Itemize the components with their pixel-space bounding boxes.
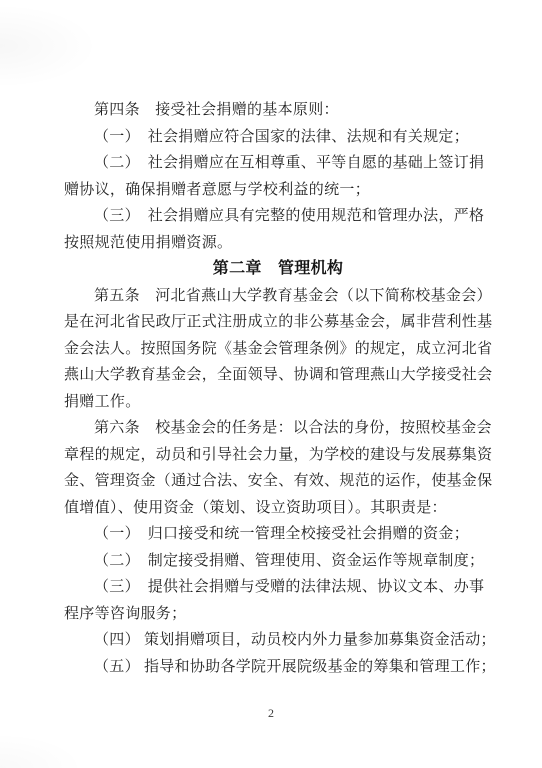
text-line: 赠协议，确保捐赠者意愿与学校利益的统一； <box>64 177 492 204</box>
text-line: （一） 社会捐赠应符合国家的法律、法规和有关规定； <box>64 124 492 151</box>
text-line: （一） 归口接受和统一管理全校接受社会捐赠的资金； <box>64 521 492 548</box>
text-line: （四） 策划捐赠项目，动员校内外力量参加募集资金活动； <box>64 627 492 654</box>
text-line: （三） 社会捐赠应具有完整的使用规范和管理办法，严格 <box>64 203 492 230</box>
text-line: （五） 指导和协助各学院开展院级基金的筹集和管理工作； <box>64 654 492 681</box>
text-line: 程序等咨询服务； <box>64 601 492 628</box>
text-line: 金会法人。按照国务院《基金会管理条例》的规定，成立河北省 <box>64 336 492 363</box>
page-number: 2 <box>0 706 542 721</box>
text-line: 值增值）、使用资金（策划、设立资助项目）。其职责是： <box>64 495 492 522</box>
text-line: 金、管理资金（通过合法、安全、有效、规范的运作，使基金保 <box>64 468 492 495</box>
text-line: 按照规范使用捐赠资源。 <box>64 230 492 257</box>
scanned-document-page: 第四条 接受社会捐赠的基本原则：（一） 社会捐赠应符合国家的法律、法规和有关规定… <box>0 0 542 768</box>
document-text-block: 第四条 接受社会捐赠的基本原则：（一） 社会捐赠应符合国家的法律、法规和有关规定… <box>64 97 492 680</box>
chapter-heading: 第二章 管理机构 <box>64 256 492 283</box>
text-line: （三） 提供社会捐赠与受赠的法律法规、协议文本、办事 <box>64 574 492 601</box>
text-line: 捐赠工作。 <box>64 389 492 416</box>
text-line: 是在河北省民政厅正式注册成立的非公募基金会，属非营利性基 <box>64 309 492 336</box>
text-line: 章程的规定，动员和引导社会力量，为学校的建设与发展募集资 <box>64 442 492 469</box>
text-line: 第六条 校基金会的任务是：以合法的身份，按照校基金会 <box>64 415 492 442</box>
text-line: 燕山大学教育基金会，全面领导、协调和管理燕山大学接受社会 <box>64 362 492 389</box>
text-line: 第五条 河北省燕山大学教育基金会（以下简称校基金会） <box>64 283 492 310</box>
text-line: （二） 社会捐赠应在互相尊重、平等自愿的基础上签订捐 <box>64 150 492 177</box>
text-line: （二） 制定接受捐赠、管理使用、资金运作等规章制度； <box>64 548 492 575</box>
text-line: 第四条 接受社会捐赠的基本原则： <box>64 97 492 124</box>
